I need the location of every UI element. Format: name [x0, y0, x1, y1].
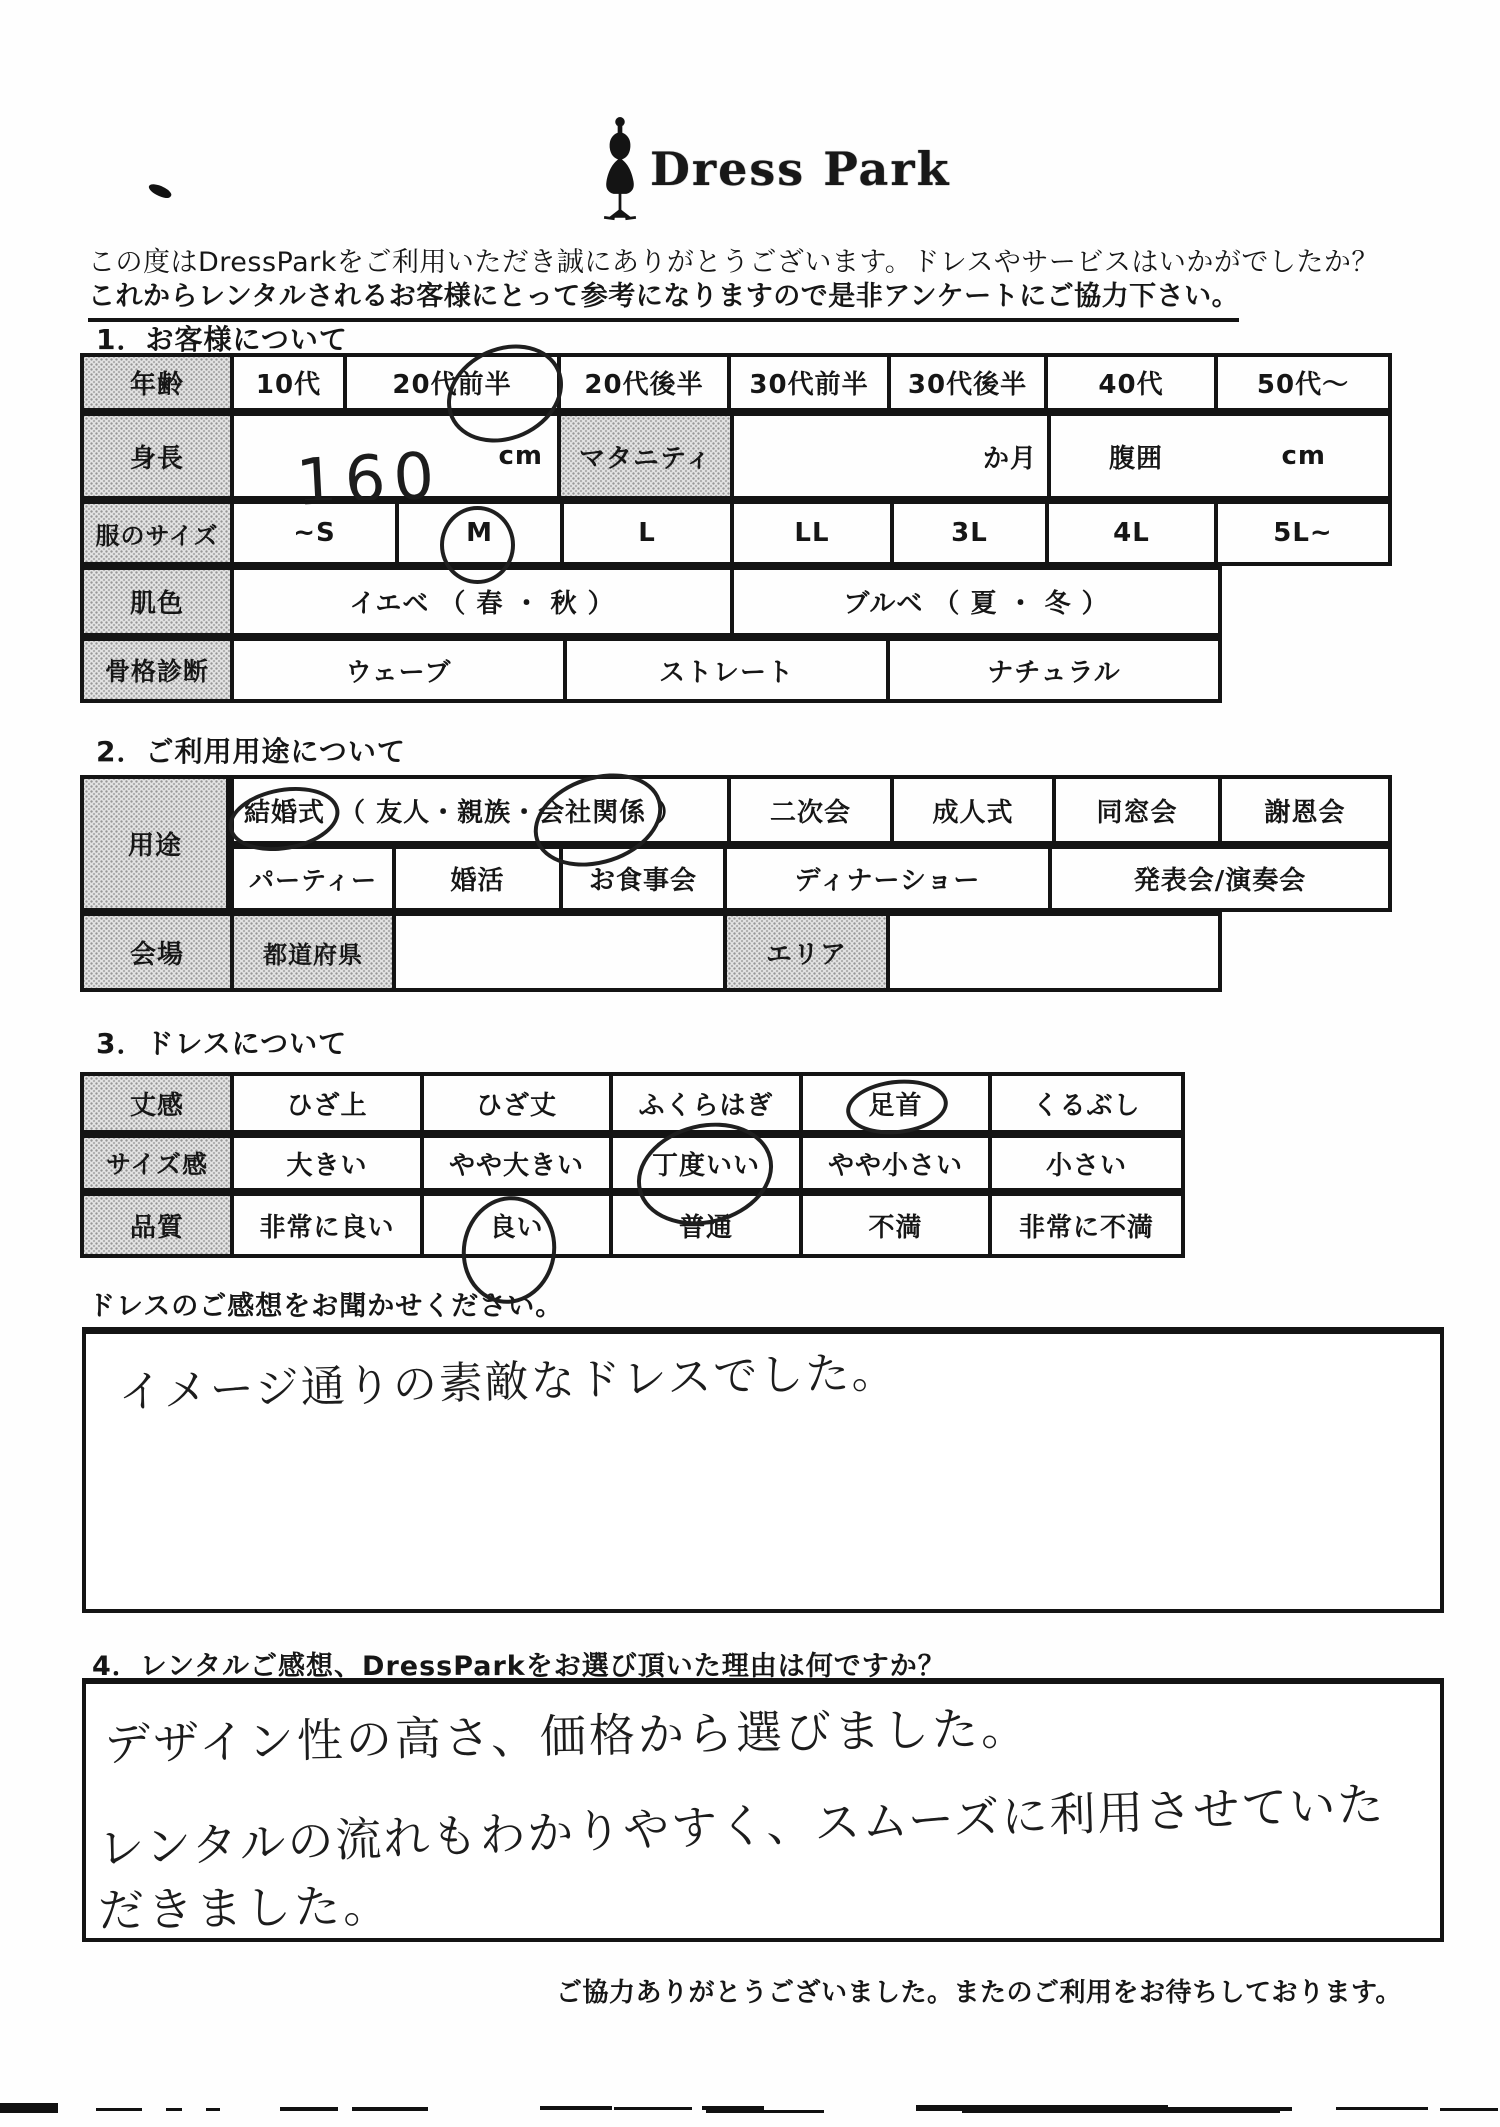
length-option: ひざ上 — [234, 1076, 424, 1130]
dress-form-icon — [597, 116, 643, 222]
frame-option: ストレート — [567, 641, 890, 699]
wedding-cell: 結婚式 （ 友人・親族・ 会社関係 ） — [234, 779, 731, 841]
age-option: 50代～ — [1218, 357, 1388, 408]
footer-thanks: ご協力ありがとうございました。またのご利用をお待ちしております。 — [556, 1972, 1402, 2009]
length-label: 丈感 — [84, 1076, 234, 1130]
fit-option: 小さい — [992, 1138, 1181, 1188]
scan-artifact — [0, 2103, 58, 2113]
purpose-option: 二次会 — [731, 779, 894, 841]
company-option: 会社関係 — [538, 792, 646, 829]
venue-label: 会場 — [84, 916, 234, 988]
frame-label: 骨格診断 — [84, 641, 234, 699]
size-row: 服のサイズ ~S M L LL 3L 4L 5L~ — [80, 500, 1392, 566]
fit-option: 丁度いい — [613, 1138, 803, 1188]
scan-artifact — [614, 2107, 692, 2110]
size-option: 5L~ — [1218, 504, 1388, 562]
fit-option: やや大きい — [424, 1138, 613, 1188]
length-option: くるぶし — [992, 1076, 1181, 1130]
length-row: 丈感 ひざ上 ひざ丈 ふくらはぎ 足首 くるぶし — [80, 1072, 1185, 1134]
purpose-option: 成人式 — [894, 779, 1056, 841]
scanned-survey-page: Dress Park この度はDressParkをご利用いただき誠にありがとうご… — [0, 0, 1500, 2127]
scan-artifact — [166, 2108, 182, 2111]
size-option: 3L — [894, 504, 1049, 562]
age-option: 40代 — [1048, 357, 1218, 408]
age-row: 年齢 10代 20代前半 20代後半 30代前半 30代後半 40代 50代～ — [80, 353, 1392, 412]
age-option: 20代後半 — [561, 357, 731, 408]
size-option: 4L — [1049, 504, 1218, 562]
size-label: 服のサイズ — [84, 504, 234, 562]
size-option: LL — [734, 504, 894, 562]
quality-option: 不満 — [803, 1196, 992, 1254]
purpose-option: パーティー — [234, 849, 396, 908]
area-cell: エリア — [727, 916, 890, 988]
waist-unit: cm — [1281, 441, 1326, 471]
wedding-sub-post: ） — [656, 792, 683, 829]
section3-heading: 3．ドレスについて — [96, 1022, 347, 1062]
skin-option: イエベ （ 春 ・ 秋 ） — [234, 570, 734, 633]
frame-row: 骨格診断 ウェーブ ストレート ナチュラル — [80, 637, 1222, 703]
quality-option: 非常に良い — [234, 1196, 424, 1254]
maternity-cell: マタニティ — [561, 416, 734, 496]
size-option: M — [399, 504, 564, 562]
purpose-row-2: パーティー 婚活 お食事会 ディナーショー 発表会/演奏会 — [230, 845, 1392, 912]
skin-label: 肌色 — [84, 570, 234, 633]
fit-label: サイズ感 — [84, 1138, 234, 1188]
section1-heading: 1．お客様について — [96, 318, 348, 358]
waist-cell: 腹囲 cm — [1051, 416, 1388, 496]
purpose-option: お食事会 — [563, 849, 727, 908]
length-option: ひざ丈 — [424, 1076, 613, 1130]
wedding-option: 結婚式 — [244, 792, 325, 829]
purpose-option: 同窓会 — [1056, 779, 1222, 841]
scan-artifact — [206, 2108, 220, 2111]
handwritten-reason-line3: だきました。 — [97, 1869, 392, 1940]
purpose-row-1: 結婚式 （ 友人・親族・ 会社関係 ） 二次会 成人式 同窓会 謝恩会 — [230, 775, 1392, 845]
purpose-option: 婚活 — [396, 849, 563, 908]
brand-logo: Dress Park — [650, 142, 950, 196]
waist-label: 腹囲 — [1109, 438, 1163, 475]
skin-option: ブルベ （ 夏 ・ 冬 ） — [734, 570, 1218, 633]
age-option: 10代 — [234, 357, 347, 408]
quality-option: 良い — [424, 1196, 613, 1254]
purpose-label: 用途 — [80, 775, 230, 912]
scan-artifact — [1440, 2108, 1498, 2111]
purpose-option: ディナーショー — [727, 849, 1052, 908]
age-option: 30代後半 — [891, 357, 1048, 408]
height-row: 身長 cm マタニティ か月 腹囲 cm — [80, 412, 1392, 500]
wedding-sub-pre: （ 友人・親族・ — [339, 792, 538, 829]
age-option: 20代前半 — [347, 357, 561, 408]
age-option: 30代前半 — [731, 357, 891, 408]
scan-artifact — [1336, 2107, 1428, 2110]
skin-row: 肌色 イエベ （ 春 ・ 秋 ） ブルベ （ 夏 ・ 冬 ） — [80, 566, 1222, 637]
dress-comment-label: ドレスのご感想をお聞かせください。 — [88, 1284, 563, 1323]
scan-artifact — [540, 2106, 612, 2110]
purpose-option: 謝恩会 — [1222, 779, 1388, 841]
scan-artifact — [280, 2107, 338, 2111]
scan-artifact — [1150, 2107, 1292, 2111]
section2-heading: 2．ご利用用途について — [96, 730, 406, 770]
fit-row: サイズ感 大きい やや大きい 丁度いい やや小さい 小さい — [80, 1134, 1185, 1192]
prefecture-blank — [396, 916, 727, 988]
intro-line-2: これからレンタルされるお客様にとって参考になりますので是非アンケートにご協力下さ… — [88, 274, 1239, 322]
frame-option: ウェーブ — [234, 641, 567, 699]
quality-option: 非常に不満 — [992, 1196, 1181, 1254]
area-blank — [890, 916, 1218, 988]
frame-option: ナチュラル — [890, 641, 1218, 699]
size-option: ~S — [234, 504, 399, 562]
fit-option: 大きい — [234, 1138, 424, 1188]
scan-artifact — [96, 2108, 142, 2111]
months-cell: か月 — [734, 416, 1051, 496]
size-option: L — [564, 504, 734, 562]
fit-option: やや小さい — [803, 1138, 992, 1188]
quality-label: 品質 — [84, 1196, 234, 1254]
scan-artifact — [706, 2110, 824, 2113]
scan-artifact — [352, 2107, 428, 2111]
venue-row: 会場 都道府県 エリア — [80, 912, 1222, 992]
height-unit: cm — [498, 441, 543, 471]
age-label: 年齢 — [84, 357, 234, 408]
length-option: 足首 — [803, 1076, 992, 1130]
ink-mark — [147, 181, 173, 201]
height-label: 身長 — [84, 416, 234, 496]
quality-option: 普通 — [613, 1196, 803, 1254]
purpose-option: 発表会/演奏会 — [1052, 849, 1388, 908]
quality-row: 品質 非常に良い 良い 普通 不満 非常に不満 — [80, 1192, 1185, 1258]
length-option: ふくらはぎ — [613, 1076, 803, 1130]
prefecture-cell: 都道府県 — [234, 916, 396, 988]
